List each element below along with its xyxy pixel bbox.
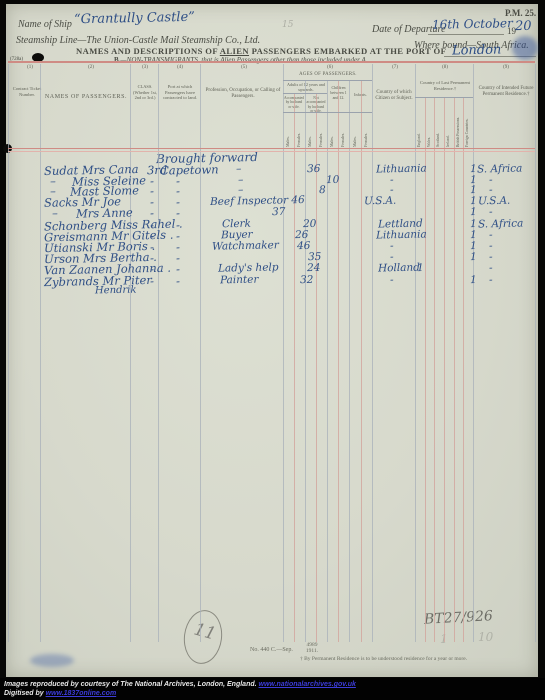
column-rule-line xyxy=(294,93,295,642)
females-label: Females. xyxy=(341,114,345,147)
row-intended-country: S. Africa xyxy=(478,218,524,231)
row-name-line2: Hendrik xyxy=(95,285,137,297)
residence-england-label: England. xyxy=(418,101,422,147)
faint-stamp-10: 10 xyxy=(478,630,493,644)
pencil-note-15: 15 xyxy=(282,20,293,30)
1837online-link[interactable]: www.1837online.com xyxy=(46,690,117,697)
column-rule-line xyxy=(338,80,339,642)
col-num-2: (2) xyxy=(61,65,121,71)
col-header-contract-ticket: Contract Ticket Number. xyxy=(12,86,42,97)
row-age: 37 xyxy=(272,206,286,218)
residence-wales-label: Wales. xyxy=(428,101,432,147)
footnote: † By Permanent Residence is to be unders… xyxy=(300,656,467,662)
credit-line-1: Images reproduced by courtesy of The Nat… xyxy=(4,680,545,689)
main-title: NAMES AND DESCRIPTIONS OF ALIEN PASSENGE… xyxy=(76,46,446,56)
digitisation-credit-band: Images reproduced by courtesy of The Nat… xyxy=(0,678,545,700)
blue-ink-smudge-bottom-left xyxy=(30,654,74,667)
ages-group-adults: Adults of 12 years and upwards. xyxy=(284,82,328,93)
col-num-4: (4) xyxy=(160,65,200,71)
col-header-last-residence: Country of Last Permanent Residence.† xyxy=(416,80,474,91)
row-intended-country: - xyxy=(489,206,493,218)
col-header-citizen: Country of which Citizen or Subject. xyxy=(373,90,415,103)
column-rule-line xyxy=(444,97,445,642)
row-intended-country: - xyxy=(489,274,493,286)
row-profession: Beef Inspector 46 xyxy=(210,194,305,208)
row-citizen-country: Lithuania xyxy=(376,228,427,241)
credit-text-1: Images reproduced by courtesy of The Nat… xyxy=(4,681,259,688)
row-port: - xyxy=(176,274,180,288)
row-intended-country: U.S.A. xyxy=(478,195,511,208)
credit-line-2: Digitised by www.1837online.com xyxy=(4,689,545,698)
header-rule-line xyxy=(8,151,535,152)
row-intended-country: S. Africa xyxy=(477,163,523,176)
col-num-7: (7) xyxy=(374,65,416,71)
header-rule-line xyxy=(283,112,372,113)
row-citizen-country: - xyxy=(390,274,394,286)
ship-name-handwritten: “Grantully Castle” xyxy=(74,10,195,28)
col-header-port: Port at which Passengers have contracted… xyxy=(159,84,201,101)
col-num-6: (6) xyxy=(288,65,372,71)
national-archives-link[interactable]: www.nationalarchives.gov.uk xyxy=(259,681,356,688)
name-of-ship-label: Name of Ship xyxy=(18,19,72,30)
males-label: Males. xyxy=(353,114,357,147)
column-rule-line xyxy=(349,80,350,642)
column-rule-line xyxy=(316,93,317,642)
header-rule-line xyxy=(8,61,535,63)
header-rule-line xyxy=(283,80,372,81)
row-profession: Lady's help xyxy=(218,261,279,274)
title-post: PASSENGERS EMBARKED AT THE PORT OF xyxy=(249,46,446,56)
scanned-document: P.M. 25. Name of Ship “Grantully Castle”… xyxy=(0,0,545,700)
header-rule-line xyxy=(283,93,327,94)
females-label: Females. xyxy=(364,114,368,147)
col-header-class: CLASS. (Whether 1st, 2nd or 3rd.) xyxy=(131,84,159,101)
row-class: - xyxy=(150,274,154,288)
col-num-5: (5) xyxy=(206,65,282,71)
column-rule-line xyxy=(463,97,464,642)
form-frac-bottom: 1911. xyxy=(306,648,318,654)
row-profession: – xyxy=(238,184,244,196)
col-header-profession: Profession, Occupation, or Calling of Pa… xyxy=(204,88,282,101)
date-rule xyxy=(428,34,504,35)
row-last-residence-mark: 1 xyxy=(470,274,477,286)
col-num-8: (8) xyxy=(418,65,472,71)
title-alien: ALIEN xyxy=(220,46,249,56)
column-rule-line xyxy=(454,97,455,642)
col-header-names: NAMES OF PASSENGERS. xyxy=(42,94,130,102)
col-header-intended-residence: Country of Intended Future Permanent Res… xyxy=(475,86,537,99)
column-rule-line xyxy=(425,97,426,642)
residence-british-possessions-label: British Possessions. xyxy=(457,101,461,147)
section-b-line: B.—NON-TRANSMIGRANTS, that is Alien Pass… xyxy=(114,56,368,64)
residence-scotland-label: Scotland. xyxy=(437,101,441,147)
females-label: Females. xyxy=(297,114,301,147)
row-age: 24 xyxy=(307,262,321,274)
column-rule-line xyxy=(535,64,536,642)
row-profession: Painter xyxy=(220,274,259,287)
col-num-9: (9) xyxy=(476,65,536,71)
row-age: 32 xyxy=(300,274,314,286)
residence-foreign-countries-label: Foreign Countries. xyxy=(466,101,470,147)
row-age: 8 xyxy=(319,184,326,196)
males-label: Males. xyxy=(286,114,290,147)
males-label: Males. xyxy=(330,114,334,147)
column-rule-line xyxy=(434,97,435,642)
manifest-page: P.M. 25. Name of Ship “Grantully Castle”… xyxy=(6,4,538,677)
row-last-residence-mark: 1 xyxy=(470,206,477,218)
form-imprint-fraction: 4989 1911. xyxy=(302,642,322,654)
header-rule-line xyxy=(415,97,473,98)
row-last-residence-mark: 1 xyxy=(470,251,477,263)
females-label: Females. xyxy=(319,114,323,147)
row-citizen-country: U.S.A. xyxy=(364,195,397,208)
blue-stamp-smudge xyxy=(512,36,538,60)
row-profession: Watchmaker xyxy=(212,239,279,252)
credit-text-2: Digitised by xyxy=(4,690,46,697)
row-port: Capetown xyxy=(160,162,219,177)
port-handwritten: London xyxy=(452,42,502,58)
header-rule-line xyxy=(8,148,535,149)
section-b-text: —NON-TRANSMIGRANTS, that is Alien Passen… xyxy=(120,56,367,64)
steamship-line: Steamship Line—The Union-Castle Mail Ste… xyxy=(16,35,260,46)
row-age: 36 xyxy=(307,163,321,175)
row-citizen-country: Lithuania xyxy=(376,162,427,175)
form-imprint-no: No. 440 C.—Sep. xyxy=(250,647,293,653)
row-name-ditto: – xyxy=(52,206,58,220)
males-label: Males. xyxy=(308,114,312,147)
row-age: 10 xyxy=(326,174,340,186)
row-citizen-country: Holland xyxy=(378,262,420,275)
column-rule-line xyxy=(327,80,328,642)
row-last-residence-mark: 1 xyxy=(417,262,424,274)
column-rule-line xyxy=(305,80,306,642)
col-num-3: (3) xyxy=(132,65,158,71)
form-imprint: No. 440 C.—Sep. xyxy=(250,647,293,653)
column-rule-line xyxy=(361,80,362,642)
residence-ireland-label: Ireland. xyxy=(447,101,451,147)
row-intended-country: - xyxy=(489,262,493,274)
departure-date-handwritten: 16th October xyxy=(432,16,513,32)
title-pre: NAMES AND DESCRIPTIONS OF xyxy=(76,46,220,56)
col-header-ages: AGES OF PASSENGERS. xyxy=(284,72,372,78)
year-handwritten: 20 xyxy=(515,19,532,34)
